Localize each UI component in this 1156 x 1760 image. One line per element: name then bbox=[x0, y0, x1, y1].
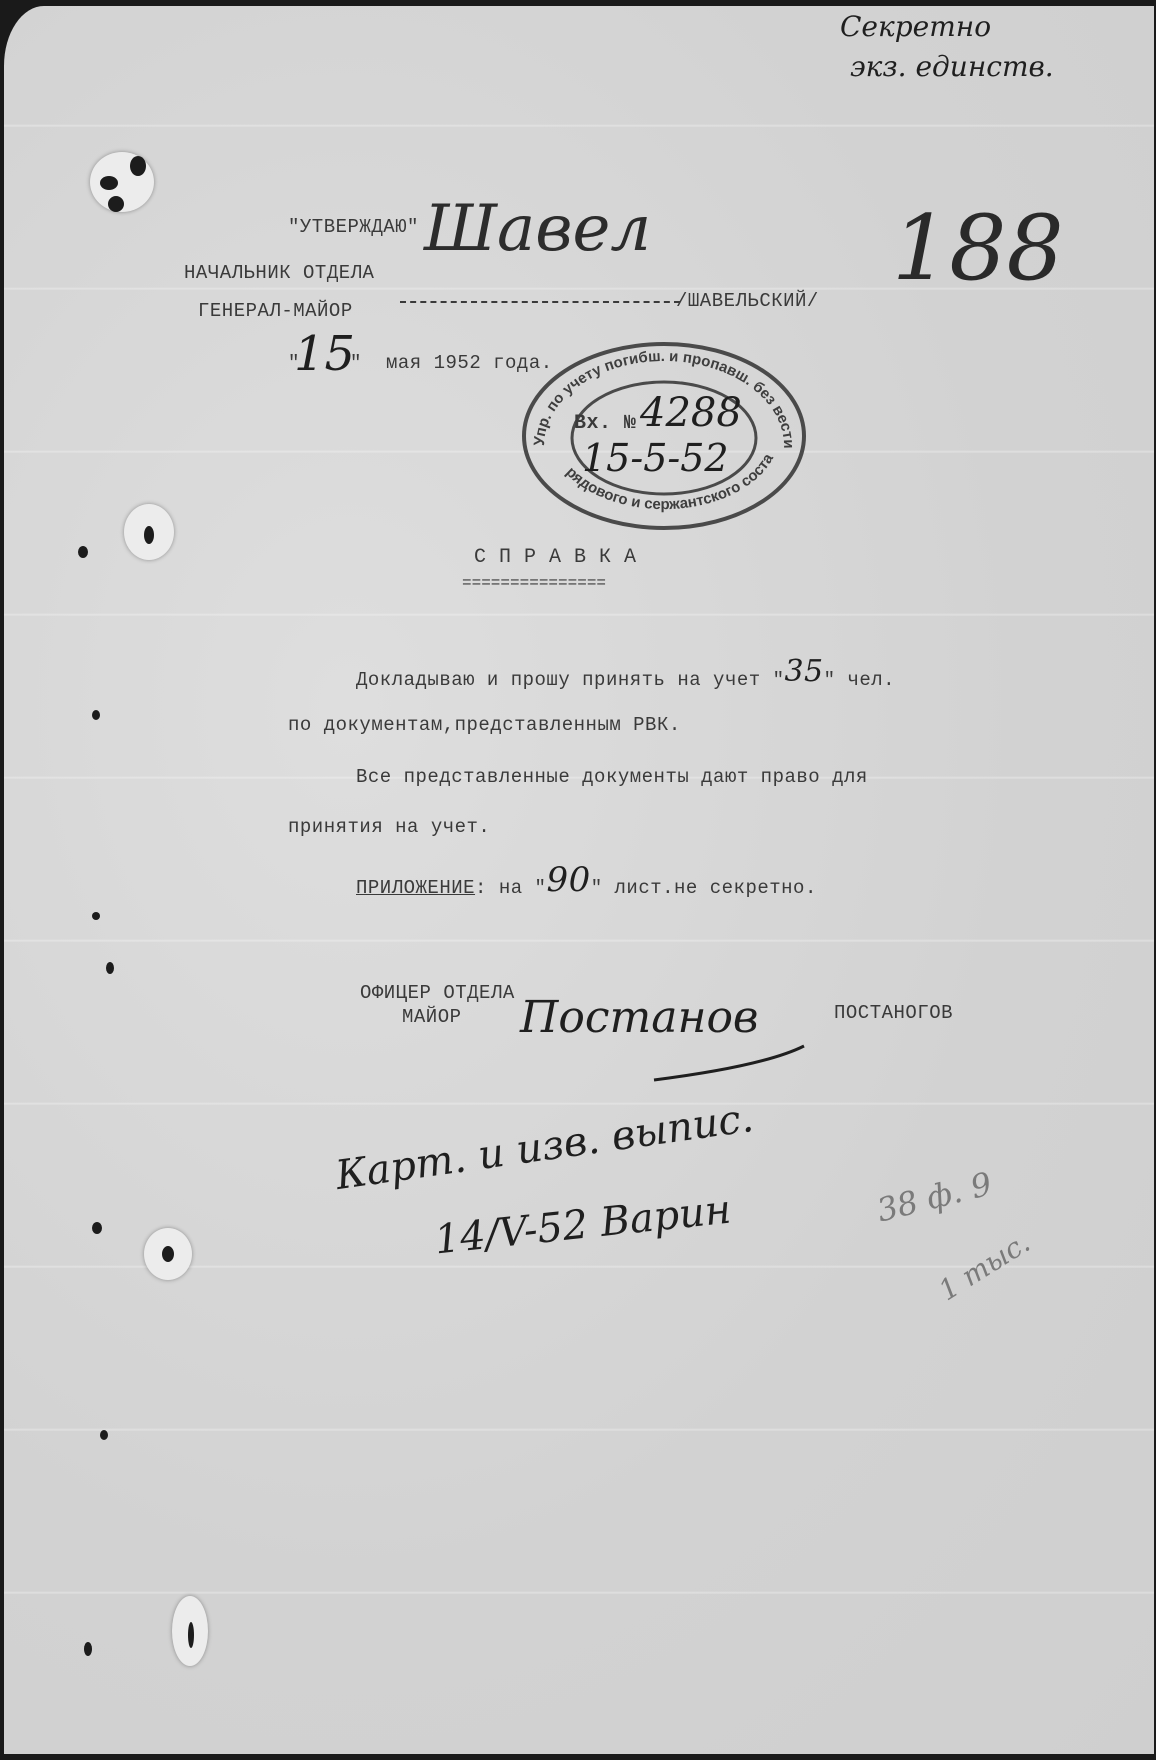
attachment-post: " лист.не секретно. bbox=[591, 877, 817, 899]
secrecy-note: Секретно bbox=[840, 10, 991, 43]
binder-hole bbox=[92, 710, 100, 720]
binder-hole bbox=[162, 1246, 174, 1262]
binder-hole bbox=[100, 1430, 108, 1440]
signature-flourish-icon bbox=[644, 1036, 824, 1086]
body-line-2: по документам,представленным РВК. bbox=[288, 714, 681, 736]
body-line-1: Докладываю и прошу принять на учет "35" … bbox=[356, 658, 895, 693]
binder-hole bbox=[106, 962, 114, 974]
body-line-3: Все представленные документы дают право … bbox=[356, 766, 868, 788]
officer-name: ПОСТАНОГОВ bbox=[834, 1002, 953, 1024]
personnel-count: 35 bbox=[784, 654, 823, 689]
approval-signature: Шавел bbox=[424, 192, 651, 266]
approval-date-close-quote: " bbox=[350, 352, 362, 374]
officer-position: ОФИЦЕР ОТДЕЛА bbox=[360, 982, 515, 1004]
signature-line bbox=[400, 301, 680, 303]
body-line-1-end: " чел. bbox=[824, 669, 895, 691]
document-page: Секретно экз. единств. 188 "УТВЕРЖДАЮ" Н… bbox=[4, 6, 1154, 1754]
approval-rank: ГЕНЕРАЛ-МАЙОР bbox=[198, 300, 353, 322]
officer-rank: МАЙОР bbox=[402, 1006, 462, 1028]
copy-note: экз. единств. bbox=[850, 50, 1054, 83]
approval-position: НАЧАЛЬНИК ОТДЕЛА bbox=[184, 262, 374, 284]
binder-hole bbox=[84, 1642, 92, 1656]
binder-hole bbox=[92, 1222, 102, 1234]
approval-name: /ШАВЕЛЬСКИЙ/ bbox=[676, 290, 819, 312]
binder-hole bbox=[108, 196, 124, 212]
approval-title: "УТВЕРЖДАЮ" bbox=[288, 216, 419, 238]
body-line-1-text: Докладываю и прошу принять на учет " bbox=[356, 669, 784, 691]
binder-hole bbox=[188, 1622, 194, 1648]
pencil-note-line-1: 38 ф. 9 bbox=[873, 1164, 995, 1229]
binder-hole bbox=[144, 526, 154, 544]
stamp-label: Вх. № bbox=[574, 412, 637, 435]
attachment-count: 90 bbox=[546, 860, 590, 900]
document-title-underline: =============== bbox=[462, 574, 606, 592]
stamp-number: 4288 bbox=[640, 390, 742, 436]
archive-number: 188 bbox=[892, 196, 1064, 301]
attachment-label: ПРИЛОЖЕНИЕ bbox=[356, 877, 475, 899]
attachment-line: ПРИЛОЖЕНИЕ: на "90" лист.не секретно. bbox=[356, 862, 817, 902]
resolution-note-line-1: Карт. и изв. выпис. bbox=[333, 1095, 756, 1199]
pencil-note-line-2: 1 тыс. bbox=[933, 1226, 1036, 1307]
binder-hole bbox=[92, 912, 100, 920]
approval-date-day: 15 bbox=[294, 326, 355, 382]
binder-hole bbox=[100, 176, 118, 190]
body-line-4: принятия на учет. bbox=[288, 816, 490, 838]
attachment-pre: : на " bbox=[475, 877, 546, 899]
stamp-date: 15-5-52 bbox=[582, 436, 729, 480]
incoming-stamp: Упр. по учету погибш. и пропавш. без вес… bbox=[514, 336, 814, 536]
binder-hole bbox=[130, 156, 146, 176]
resolution-note-line-2: 14/V-52 Варин bbox=[432, 1187, 733, 1264]
document-title: С П Р А В К А bbox=[474, 546, 637, 569]
binder-hole bbox=[78, 546, 88, 558]
